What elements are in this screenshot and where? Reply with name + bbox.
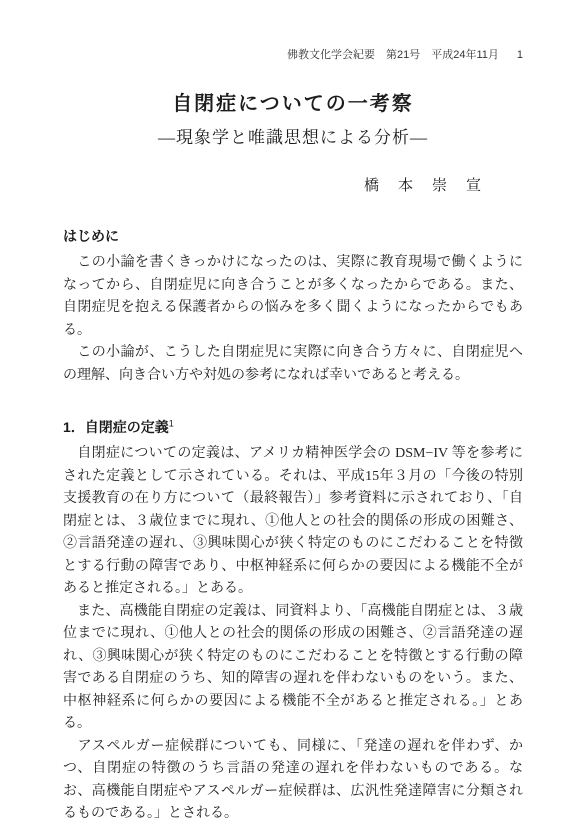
paper-page: 佛教文化学会紀要 第21号 平成24年11月 1 自閉症についての一考察 ―現象… bbox=[0, 0, 584, 827]
section-heading-definition: 1．自閉症の定義1 bbox=[63, 418, 523, 436]
paper-subtitle: ―現象学と唯識思想による分析― bbox=[63, 126, 523, 150]
paragraph-intro-2: この小論が、こうした自閉症児に実際に向き合う方々に、自閉症児への理解、向き合い方… bbox=[63, 342, 523, 387]
paragraph-definition-1: 自閉症についての定義は、アメリカ精神医学会の DSM−IV 等を参考にされた定義… bbox=[63, 443, 523, 601]
section-heading-introduction: はじめに bbox=[63, 227, 523, 245]
author-name: 橋 本 崇 宣 bbox=[63, 176, 523, 196]
paragraph-definition-2: また、高機能自閉症の定義は、同資料より、「高機能自閉症とは、３歳位までに現れ、①… bbox=[63, 601, 523, 736]
paragraph-definition-3: アスペルガー症候群についても、同様に、「発達の遅れを伴わず、かつ、自閉症の特徴の… bbox=[63, 736, 523, 826]
footnote-marker: 1 bbox=[169, 418, 174, 428]
paragraph-intro-1: この小論を書くきっかけになったのは、実際に教育現場で働くようになってから、自閉症… bbox=[63, 252, 523, 342]
journal-info: 佛教文化学会紀要 第21号 平成24年11月 bbox=[287, 48, 499, 62]
running-head: 佛教文化学会紀要 第21号 平成24年11月 1 bbox=[63, 48, 523, 62]
section-heading-text: 1．自閉症の定義 bbox=[63, 419, 169, 435]
paper-title: 自閉症についての一考察 bbox=[63, 90, 523, 118]
page-number: 1 bbox=[517, 48, 523, 62]
